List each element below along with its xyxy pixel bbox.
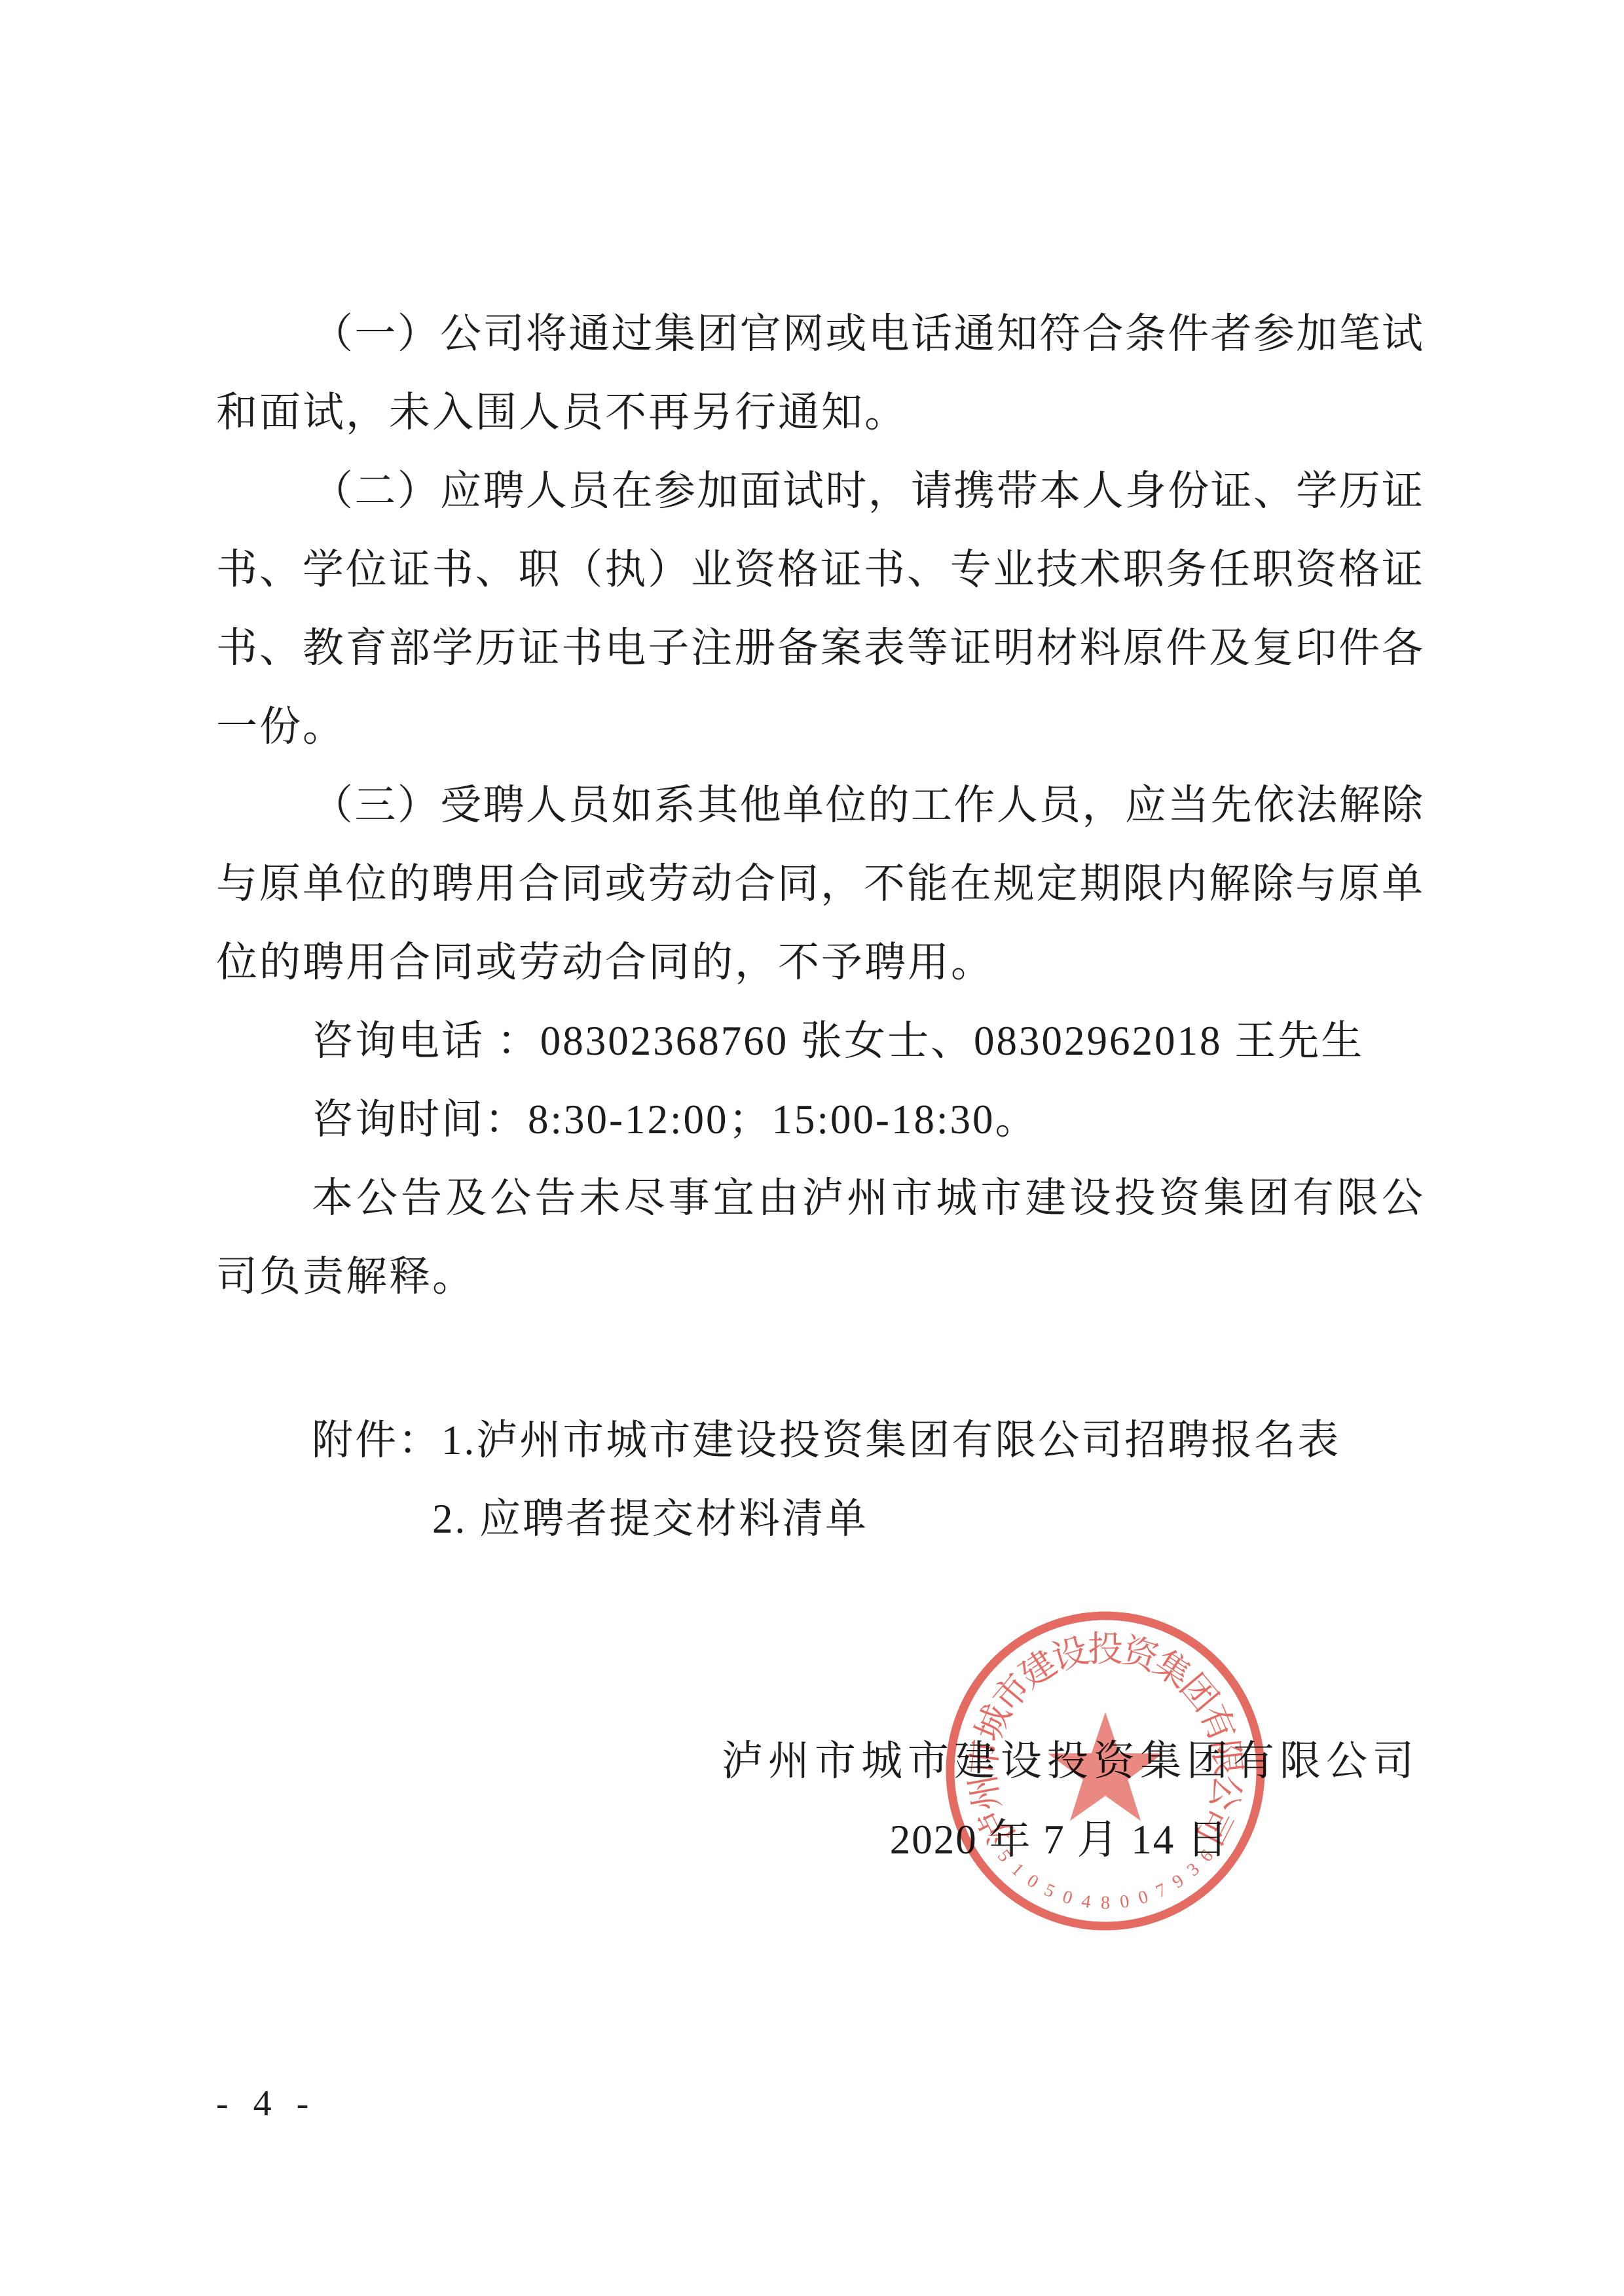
seal-code-digit: 0 [1118, 1891, 1130, 1913]
body-line: 和面试，未入围人员不再另行通知。 [216, 373, 1423, 452]
body-line: 位的聘用合同或劳动合同的，不予聘用。 [216, 923, 1423, 1002]
body-line: 本公告及公告未尽事宜由泸州市城市建设投资集团有限公 [216, 1159, 1423, 1237]
attachment-line-1: 附件：1.泸州市城市建设投资集团有限公司招聘报名表 [216, 1401, 1423, 1480]
signature-date: 2020 年 7 月 14 日 [216, 1800, 1423, 1879]
spacer [216, 1316, 1423, 1401]
seal-code-digit: 4 [1080, 1891, 1092, 1913]
seal-code-digit: 0 [1060, 1887, 1075, 1909]
signature-company: 泸州市城市建设投资集团有限公司 [216, 1722, 1423, 1800]
body-line: 咨询时间：8:30-12:00；15:00-18:30。 [216, 1080, 1423, 1159]
body-line: 书、教育部学历证书电子注册备案表等证明材料原件及复印件各 [216, 609, 1423, 687]
attachment-line-2: 2. 应聘者提交材料清单 [216, 1480, 1423, 1558]
document-body: （一）公司将通过集团官网或电话通知符合条件者参加笔试和面试，未入围人员不再另行通… [216, 295, 1423, 1879]
body-line: 一份。 [216, 687, 1423, 766]
seal-code-digit: 5 [1041, 1880, 1058, 1902]
body-line: 司负责解释。 [216, 1237, 1423, 1316]
body-line: （二）应聘人员在参加面试时，请携带本人身份证、学历证 [216, 452, 1423, 530]
document-page: （一）公司将通过集团官网或电话通知符合条件者参加笔试和面试，未入围人员不再另行通… [0, 0, 1624, 2296]
body-line: 书、学位证书、职（执）业资格证书、专业技术职务任职资格证 [216, 530, 1423, 609]
spacer [216, 1558, 1423, 1722]
body-line: （一）公司将通过集团官网或电话通知符合条件者参加笔试 [216, 295, 1423, 373]
page-number: - 4 - [216, 2068, 316, 2140]
body-line: （三）受聘人员如系其他单位的工作人员，应当先依法解除 [216, 766, 1423, 845]
body-line: 咨询电话 ：08302368760 张女士、08302962018 王先生 [216, 1002, 1423, 1080]
seal-code-digit: 0 [1136, 1887, 1151, 1909]
seal-code-digit: 8 [1101, 1893, 1110, 1914]
body-line: 与原单位的聘用合同或劳动合同，不能在规定期限内解除与原单 [216, 845, 1423, 923]
seal-code-digit: 7 [1153, 1880, 1170, 1902]
